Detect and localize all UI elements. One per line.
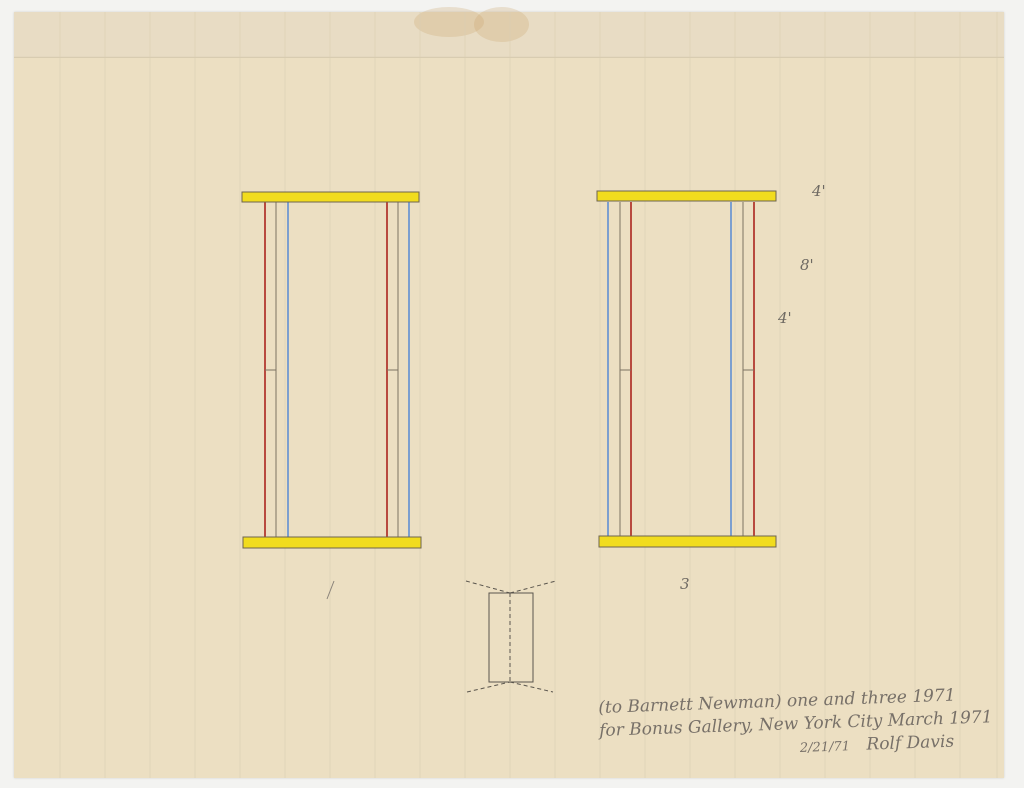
inscription: (to Barnett Newman) one and three 1971 f… (598, 684, 980, 767)
dimension-bottom: 4' (778, 309, 792, 327)
inscription-date: 2/21/71 (800, 739, 851, 756)
signature: Rolf Davis (866, 732, 954, 755)
yellow-bar-top (242, 192, 419, 202)
drawing-canvas (0, 0, 1024, 788)
dimension-top: 4' (812, 182, 826, 200)
yellow-bar-bottom (243, 537, 421, 548)
figure-1-mark (327, 581, 334, 599)
graph-grid (14, 12, 1004, 778)
yellow-bar-top (597, 191, 776, 201)
perspective-diagram (466, 581, 556, 692)
figure-3-label: 3 (680, 575, 690, 593)
frame-3 (597, 191, 776, 547)
dimension-mid: 8' (800, 256, 814, 274)
yellow-bar-bottom (599, 536, 776, 547)
frame-1 (242, 192, 421, 548)
